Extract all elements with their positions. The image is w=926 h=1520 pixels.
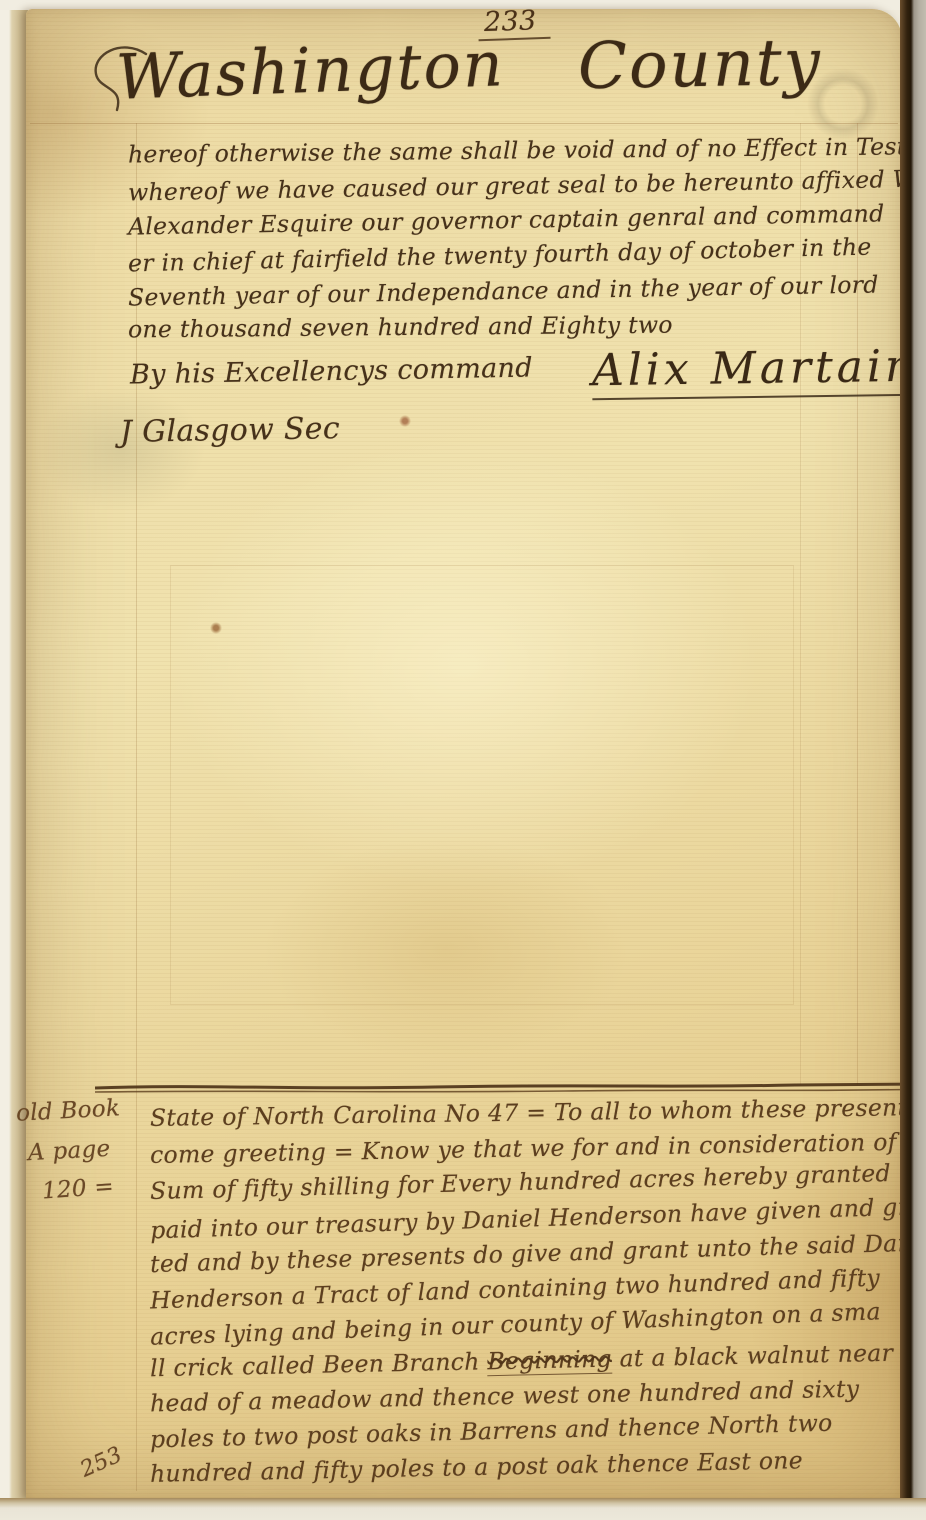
margin-note-number: 120 = [41,1174,115,1205]
clerk-signature: J Glasgow Sec [120,411,340,450]
book-binding-edge [900,0,926,1520]
ruled-line-right-2 [857,123,858,1085]
bleed-through-table-outline [170,565,794,1005]
struck-out-word: Beginning [487,1345,612,1377]
ruled-line-horizontal [30,123,898,124]
scan-left-border [0,0,28,1520]
header-county-name: Washington [115,27,506,114]
margin-note-old-book: old Book [15,1095,120,1126]
scanned-ledger-page: 233 Washington County hereof otherwise t… [0,0,926,1520]
manuscript-line: one thousand seven hundred and Eighty tw… [128,311,673,344]
header-county-word: County [577,26,822,104]
ruled-line-right-1 [800,123,801,1085]
governor-signature: Alix Martain [592,341,918,401]
margin-note-page: A page [27,1136,111,1166]
scan-bottom-border [0,1498,926,1520]
section-divider-line [95,1078,926,1094]
